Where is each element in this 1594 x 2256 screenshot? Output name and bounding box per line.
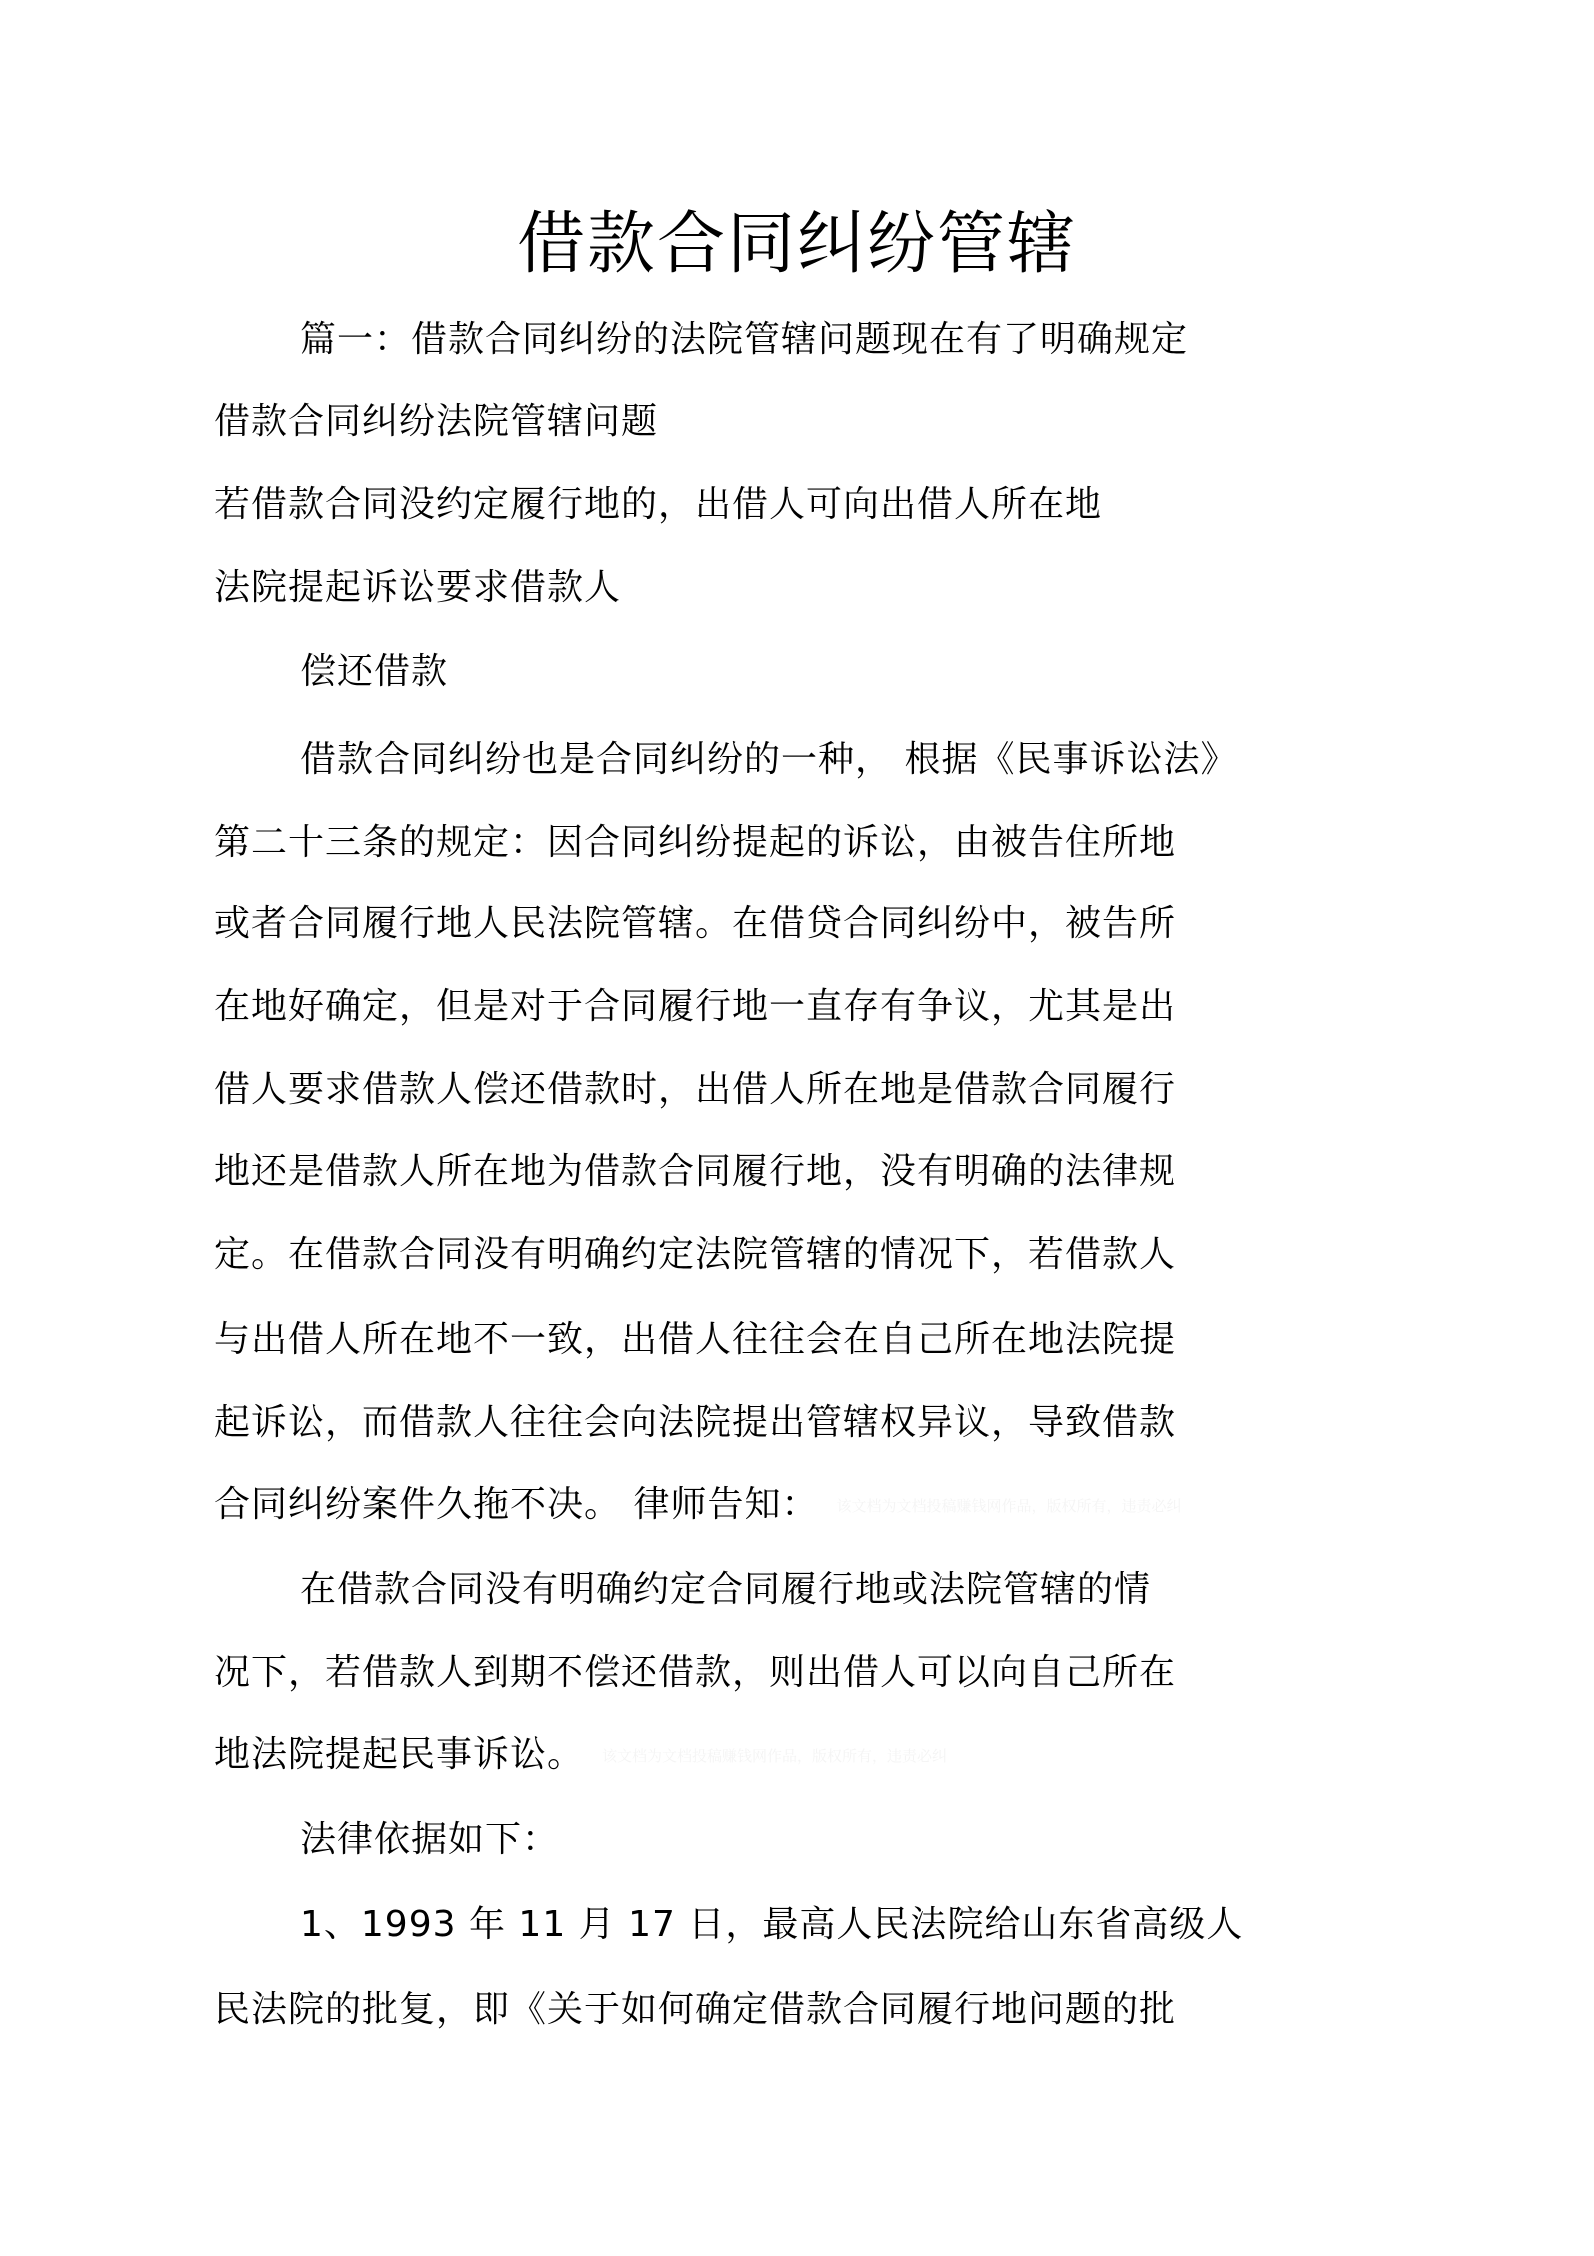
paragraph-line: 与出借人所在地不一致，出借人往往会在自己所在地法院提 xyxy=(214,1316,1176,1364)
paragraph-line: 民法院的批复，即《关于如何确定借款合同履行地问题的批 xyxy=(214,1986,1176,2034)
paragraph-line: 1、1993 年 11 月 17 日，最高人民法院给山东省高级人 xyxy=(300,1901,1243,1949)
paragraph-line: 借款合同纠纷也是合同纠纷的一种， 根据《民事诉讼法》 xyxy=(300,736,1237,784)
paragraph-text: 合同纠纷案件久拖不决。 律师告知： xyxy=(214,1484,818,1525)
watermark-text: 该文档为文档投稿赚钱网作品，版权所有，违责必纠 xyxy=(602,1747,947,1765)
document-page: 借款合同纠纷管辖 篇一：借款合同纠纷的法院管辖问题现在有了明确规定 借款合同纠纷… xyxy=(0,0,1594,2256)
paragraph-line: 第二十三条的规定：因合同纠纷提起的诉讼，由被告住所地 xyxy=(214,819,1176,867)
paragraph-line: 起诉讼，而借款人往往会向法院提出管辖权异议，导致借款 xyxy=(214,1399,1176,1447)
paragraph-line: 法院提起诉讼要求借款人 xyxy=(214,564,621,612)
paragraph-line: 在借款合同没有明确约定合同履行地或法院管辖的情 xyxy=(300,1566,1151,1614)
paragraph-line: 况下，若借款人到期不偿还借款，则出借人可以向自己所在 xyxy=(214,1649,1176,1697)
paragraph-line: 在地好确定，但是对于合同履行地一直存有争议，尤其是出 xyxy=(214,983,1176,1031)
paragraph-line: 地还是借款人所在地为借款合同履行地，没有明确的法律规 xyxy=(214,1148,1176,1196)
paragraph-line: 偿还借款 xyxy=(300,648,448,696)
document-title: 借款合同纠纷管辖 xyxy=(0,200,1594,290)
paragraph-line: 地法院提起民事诉讼。该文档为文档投稿赚钱网作品，版权所有，违责必纠 xyxy=(214,1731,947,1780)
watermark-text: 该文档为文档投稿赚钱网作品，版权所有，违责必纠 xyxy=(836,1497,1181,1515)
paragraph-text: 地法院提起民事诉讼。 xyxy=(214,1734,584,1775)
section-heading: 篇一：借款合同纠纷的法院管辖问题现在有了明确规定 xyxy=(300,316,1188,364)
paragraph-line: 借人要求借款人偿还借款时，出借人所在地是借款合同履行 xyxy=(214,1066,1176,1114)
paragraph-line: 若借款合同没约定履行地的，出借人可向出借人所在地 xyxy=(214,481,1102,529)
legal-basis-heading: 法律依据如下： xyxy=(300,1816,559,1864)
paragraph-line: 合同纠纷案件久拖不决。 律师告知：该文档为文档投稿赚钱网作品，版权所有，违责必纠 xyxy=(214,1481,1181,1530)
subheading: 借款合同纠纷法院管辖问题 xyxy=(214,398,658,446)
paragraph-line: 或者合同履行地人民法院管辖。在借贷合同纠纷中，被告所 xyxy=(214,900,1176,948)
paragraph-line: 定。在借款合同没有明确约定法院管辖的情况下，若借款人 xyxy=(214,1231,1176,1279)
